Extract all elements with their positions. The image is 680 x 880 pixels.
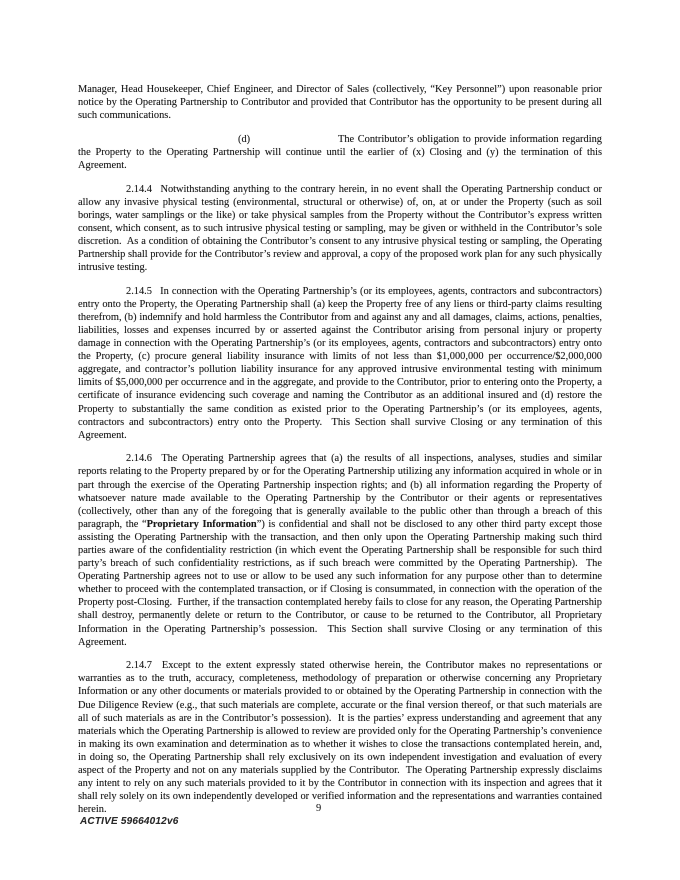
document-page: Manager, Head Housekeeper, Chief Enginee… <box>0 0 680 880</box>
paragraph-text: Manager, Head Housekeeper, Chief Enginee… <box>78 84 605 121</box>
section-number: 2.14.4 <box>126 184 157 195</box>
paragraph-text: Notwithstanding anything to the contrary… <box>78 184 605 274</box>
paragraph-text: The Contributor’s obligation to provide … <box>78 134 605 171</box>
paragraph-2-14-5: 2.14.5 In connection with the Operating … <box>78 285 602 442</box>
paragraph-continuation: Manager, Head Housekeeper, Chief Enginee… <box>78 83 602 122</box>
footer-page-number: 9 <box>316 803 321 815</box>
paragraph-2-14-7: 2.14.7 Except to the extent expressly st… <box>78 659 602 816</box>
paragraph-text: ”) is confidential and shall not be disc… <box>78 519 605 648</box>
section-number: 2.14.7 <box>126 660 157 671</box>
document-body: Manager, Head Housekeeper, Chief Enginee… <box>78 83 602 827</box>
section-number: 2.14.6 <box>126 453 157 464</box>
paragraph-clause-d: (d)The Contributor’s obligation to provi… <box>78 133 602 172</box>
paragraph-text: In connection with the Operating Partner… <box>78 286 605 441</box>
defined-term-proprietary-information: Proprietary Information <box>147 519 257 530</box>
footer-doc-stamp: ACTIVE 59664012v6 <box>80 816 178 827</box>
paragraph-text: Except to the extent expressly stated ot… <box>78 660 605 815</box>
clause-label: (d) <box>238 133 338 146</box>
paragraph-2-14-4: 2.14.4 Notwithstanding anything to the c… <box>78 183 602 275</box>
section-number: 2.14.5 <box>126 286 157 297</box>
paragraph-2-14-6: 2.14.6 The Operating Partnership agrees … <box>78 452 602 648</box>
